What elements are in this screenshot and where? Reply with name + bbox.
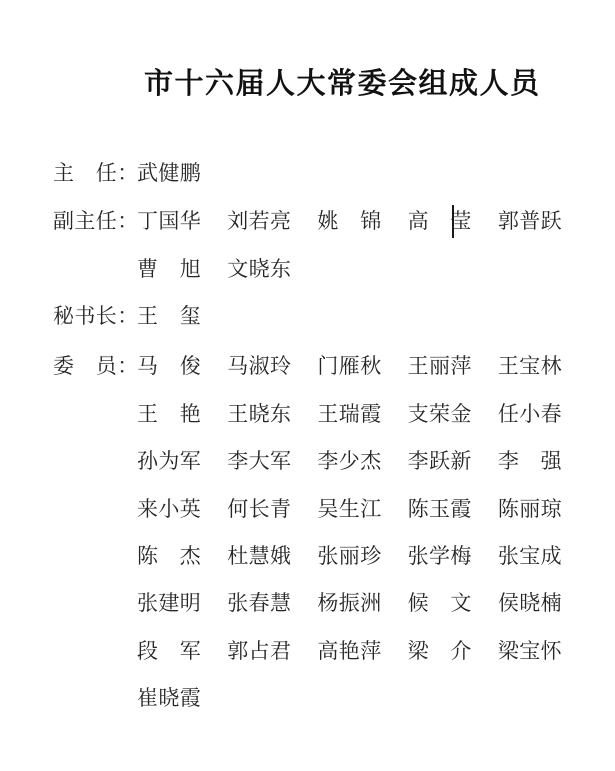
- member-name: 梁宝怀: [498, 638, 562, 665]
- member-name: 高 莹: [408, 208, 472, 235]
- member-name: 张建明: [137, 590, 201, 617]
- member-name: 侯晓楠: [498, 590, 562, 617]
- member-name: 刘若亮: [227, 208, 291, 235]
- member-name: 李大军: [227, 448, 291, 475]
- member-name: 陈玉霞: [408, 496, 472, 523]
- roster-line-members-continued: 崔晓霞: [53, 685, 201, 712]
- member-name: 李少杰: [317, 448, 381, 475]
- member-name: 张丽珍: [317, 543, 381, 570]
- row-label-director: 主 任：: [53, 160, 137, 187]
- member-name: 郭占君: [227, 638, 291, 665]
- member-name: 王 玺: [137, 303, 201, 330]
- member-name: 孙为军: [137, 448, 201, 475]
- name-group: 王 玺: [137, 303, 201, 330]
- member-name: 支荣金: [408, 401, 472, 428]
- member-name: 何长青: [227, 496, 291, 523]
- roster-line-members-continued: 陈 杰 杜慧娥 张丽珍 张学梅 张宝成: [53, 543, 562, 570]
- member-name: 马 俊: [137, 353, 201, 380]
- member-name: 文晓东: [227, 256, 291, 283]
- member-name: 武健鹏: [137, 160, 201, 187]
- name-group: 来小英 何长青 吴生江 陈玉霞 陈丽琼: [137, 496, 562, 523]
- roster-line-members-continued: 段 军 郭占君 高艳萍 梁 介 梁宝怀: [53, 638, 562, 665]
- member-name: 郭普跃: [498, 208, 562, 235]
- roster-line-deputy-directors: 副主任： 丁国华 刘若亮 姚 锦 高 莹 郭普跃: [53, 208, 562, 235]
- roster-line-members-continued: 王 艳 王晓东 王瑞霞 支荣金 任小春: [53, 401, 562, 428]
- roster-line-members-continued: 来小英 何长青 吴生江 陈玉霞 陈丽琼: [53, 496, 562, 523]
- member-name: 陈 杰: [137, 543, 201, 570]
- name-group: 崔晓霞: [137, 685, 201, 712]
- name-group: 武健鹏: [137, 160, 201, 187]
- member-name: 崔晓霞: [137, 685, 201, 712]
- member-name: 曹 旭: [137, 256, 201, 283]
- roster-line-members: 委 员： 马 俊 马淑玲 门雁秋 王丽萍 王宝林: [53, 353, 562, 380]
- name-group: 丁国华 刘若亮 姚 锦 高 莹 郭普跃: [137, 208, 562, 235]
- name-group: 段 军 郭占君 高艳萍 梁 介 梁宝怀: [137, 638, 562, 665]
- name-group: 孙为军 李大军 李少杰 李跃新 李 强: [137, 448, 562, 475]
- member-name: 任小春: [498, 401, 562, 428]
- member-name: 马淑玲: [227, 353, 291, 380]
- name-group: 曹 旭 文晓东: [137, 256, 291, 283]
- row-label-members: 委 员：: [53, 353, 137, 380]
- member-name: 张学梅: [408, 543, 472, 570]
- member-name: 候 文: [408, 590, 472, 617]
- row-label-deputy-directors: 副主任：: [53, 208, 137, 235]
- member-name: 王瑞霞: [317, 401, 381, 428]
- name-group: 王 艳 王晓东 王瑞霞 支荣金 任小春: [137, 401, 562, 428]
- roster-line-deputy-directors-continued: 曹 旭 文晓东: [53, 256, 291, 283]
- row-label-secretary-general: 秘书长：: [53, 303, 137, 330]
- name-group: 陈 杰 杜慧娥 张丽珍 张学梅 张宝成: [137, 543, 562, 570]
- roster-line-members-continued: 孙为军 李大军 李少杰 李跃新 李 强: [53, 448, 562, 475]
- member-name: 张宝成: [498, 543, 562, 570]
- member-name: 高艳萍: [317, 638, 381, 665]
- document-page: 市十六届人大常委会组成人员 主 任： 武健鹏 副主任： 丁国华 刘若亮 姚 锦 …: [0, 0, 615, 771]
- name-group: 马 俊 马淑玲 门雁秋 王丽萍 王宝林: [137, 353, 562, 380]
- member-name: 门雁秋: [317, 353, 381, 380]
- member-name: 丁国华: [137, 208, 201, 235]
- member-name: 王 艳: [137, 401, 201, 428]
- member-name: 王宝林: [498, 353, 562, 380]
- roster-line-secretary-general: 秘书长： 王 玺: [53, 303, 201, 330]
- member-name: 来小英: [137, 496, 201, 523]
- member-name: 王晓东: [227, 401, 291, 428]
- member-name: 杜慧娥: [227, 543, 291, 570]
- roster-line-members-continued: 张建明 张春慧 杨振洲 候 文 侯晓楠: [53, 590, 562, 617]
- roster-line-director: 主 任： 武健鹏: [53, 160, 201, 187]
- member-name: 梁 介: [408, 638, 472, 665]
- member-name: 姚 锦: [317, 208, 381, 235]
- member-name: 李跃新: [408, 448, 472, 475]
- text-cursor[interactable]: [452, 205, 454, 238]
- member-name: 杨振洲: [317, 590, 381, 617]
- member-name: 吴生江: [317, 496, 381, 523]
- member-name: 李 强: [498, 448, 562, 475]
- name-group: 张建明 张春慧 杨振洲 候 文 侯晓楠: [137, 590, 562, 617]
- member-name: 陈丽琼: [498, 496, 562, 523]
- member-name: 张春慧: [227, 590, 291, 617]
- page-title: 市十六届人大常委会组成人员: [144, 61, 541, 102]
- member-name: 王丽萍: [408, 353, 472, 380]
- member-name: 段 军: [137, 638, 201, 665]
